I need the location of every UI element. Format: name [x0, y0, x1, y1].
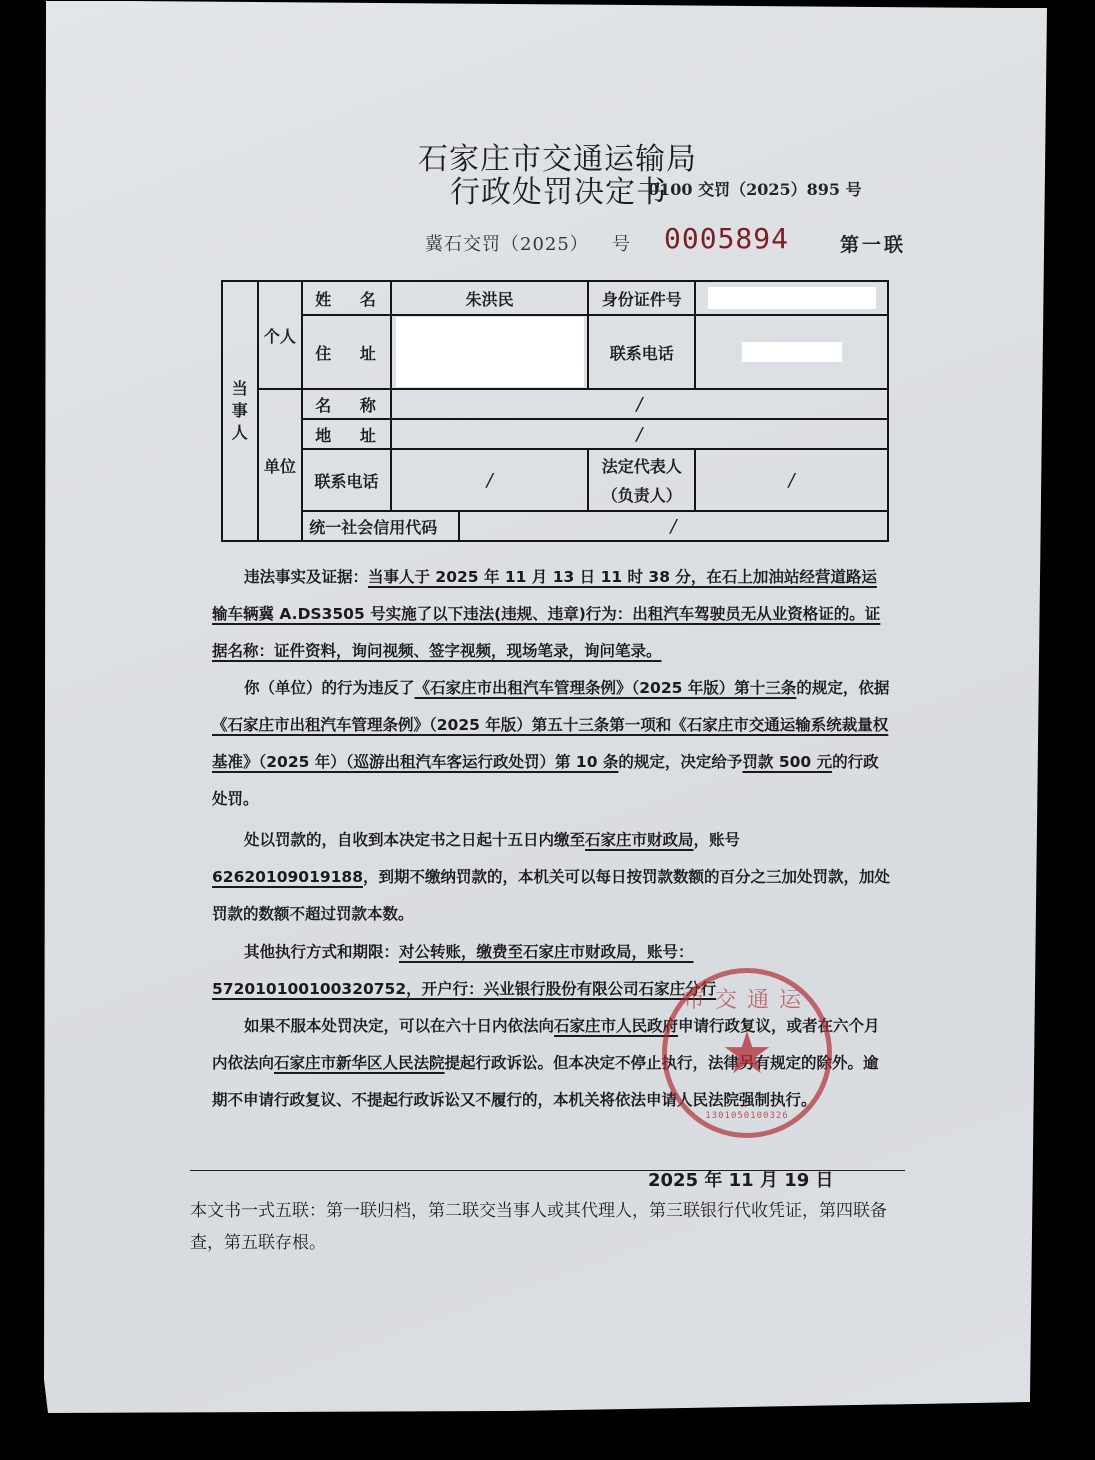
credit-code-value: /: [459, 511, 888, 541]
facts-paragraph: 违法事实及证据：当事人于 2025 年 11 月 13 日 11 时 38 分，…: [212, 559, 892, 670]
violation-text-2: 的规定，依据: [796, 679, 889, 697]
credit-code-label: 统一社会信用代码: [302, 511, 458, 541]
document-number: 0100 交罚（2025）895 号: [648, 177, 862, 200]
phone-value-redacted: [695, 315, 888, 389]
unit-address-label: 地址: [302, 419, 391, 449]
individual-label: 个人: [258, 281, 303, 389]
violation-paragraph: 你（单位）的行为违反了《石家庄市出租汽车管理条例》（2025 年版）第十三条的规…: [212, 670, 892, 818]
name-label: 姓名: [302, 281, 391, 315]
violation-text-3: 的规定，决定给予: [618, 753, 742, 771]
address-value-redacted: [391, 315, 589, 389]
payment-text-1: 处以罚款的，自收到本决定书之日起十五日内缴至: [244, 831, 585, 849]
decision-date: 2025 年 11 月 19 日: [648, 1166, 834, 1192]
unit-label: 单位: [258, 389, 303, 541]
violated-law: 《石家庄市出租汽车管理条例》（2025 年版）第十三条: [415, 679, 797, 697]
payment-paragraph: 处以罚款的，自收到本决定书之日起十五日内缴至石家庄市财政局，账号62620109…: [212, 822, 892, 933]
unit-phone-value: /: [391, 449, 589, 511]
payment-text-2: ，账号: [694, 831, 741, 849]
payment-account: 62620109019188: [212, 868, 363, 886]
document-type-title: 行政处罚决定书: [450, 167, 667, 211]
address-label: 住址: [302, 315, 391, 389]
unit-name-label: 名称: [302, 389, 391, 419]
party-label: 当事人: [222, 281, 258, 541]
legal-rep-value: /: [695, 449, 888, 511]
seal-ring-text: 市交通运: [667, 983, 827, 1014]
serial-number: 0005894: [664, 222, 789, 255]
name-value: 朱洪民: [391, 281, 589, 315]
review-body: 石家庄市人民政府: [554, 1017, 678, 1035]
appeal-text-1: 如果不服本处罚决定，可以在六十日内依法向: [244, 1017, 554, 1035]
other-execution-label: 其他执行方式和期限：: [244, 943, 399, 961]
facts-label: 违法事实及证据：: [244, 568, 368, 586]
penalty-amount: 罚款 500 元: [742, 753, 832, 771]
violation-text-1: 你（单位）的行为违反了: [244, 679, 415, 697]
court: 石家庄市新华区人民法院: [274, 1054, 445, 1072]
official-seal: 市交通运 ★ 1301050100326: [662, 968, 832, 1138]
id-value-redacted: [695, 281, 888, 315]
id-label: 身份证件号: [588, 281, 695, 315]
phone-label: 联系电话: [588, 315, 695, 389]
copy-label: 第一联: [840, 230, 906, 257]
serial-hao: 号: [612, 230, 630, 256]
payee: 石家庄市财政局: [585, 831, 694, 849]
unit-phone-label: 联系电话: [302, 449, 391, 511]
star-icon: ★: [721, 1024, 773, 1082]
seal-code: 1301050100326: [667, 1111, 827, 1121]
legal-rep-label: 法定代表人（负责人）: [588, 449, 695, 511]
unit-address-value: /: [391, 419, 888, 449]
unit-name-value: /: [391, 389, 888, 419]
serial-prefix: 冀石交罚（2025）: [425, 230, 589, 256]
party-info-table: 当事人 个人 姓名 朱洪民 身份证件号 住址 联系电话 单位 名称 / 地址 /…: [221, 280, 889, 542]
footer-note: 本文书一式五联：第一联归档，第二联交当事人或其代理人，第三联银行代收凭证，第四联…: [190, 1195, 910, 1259]
